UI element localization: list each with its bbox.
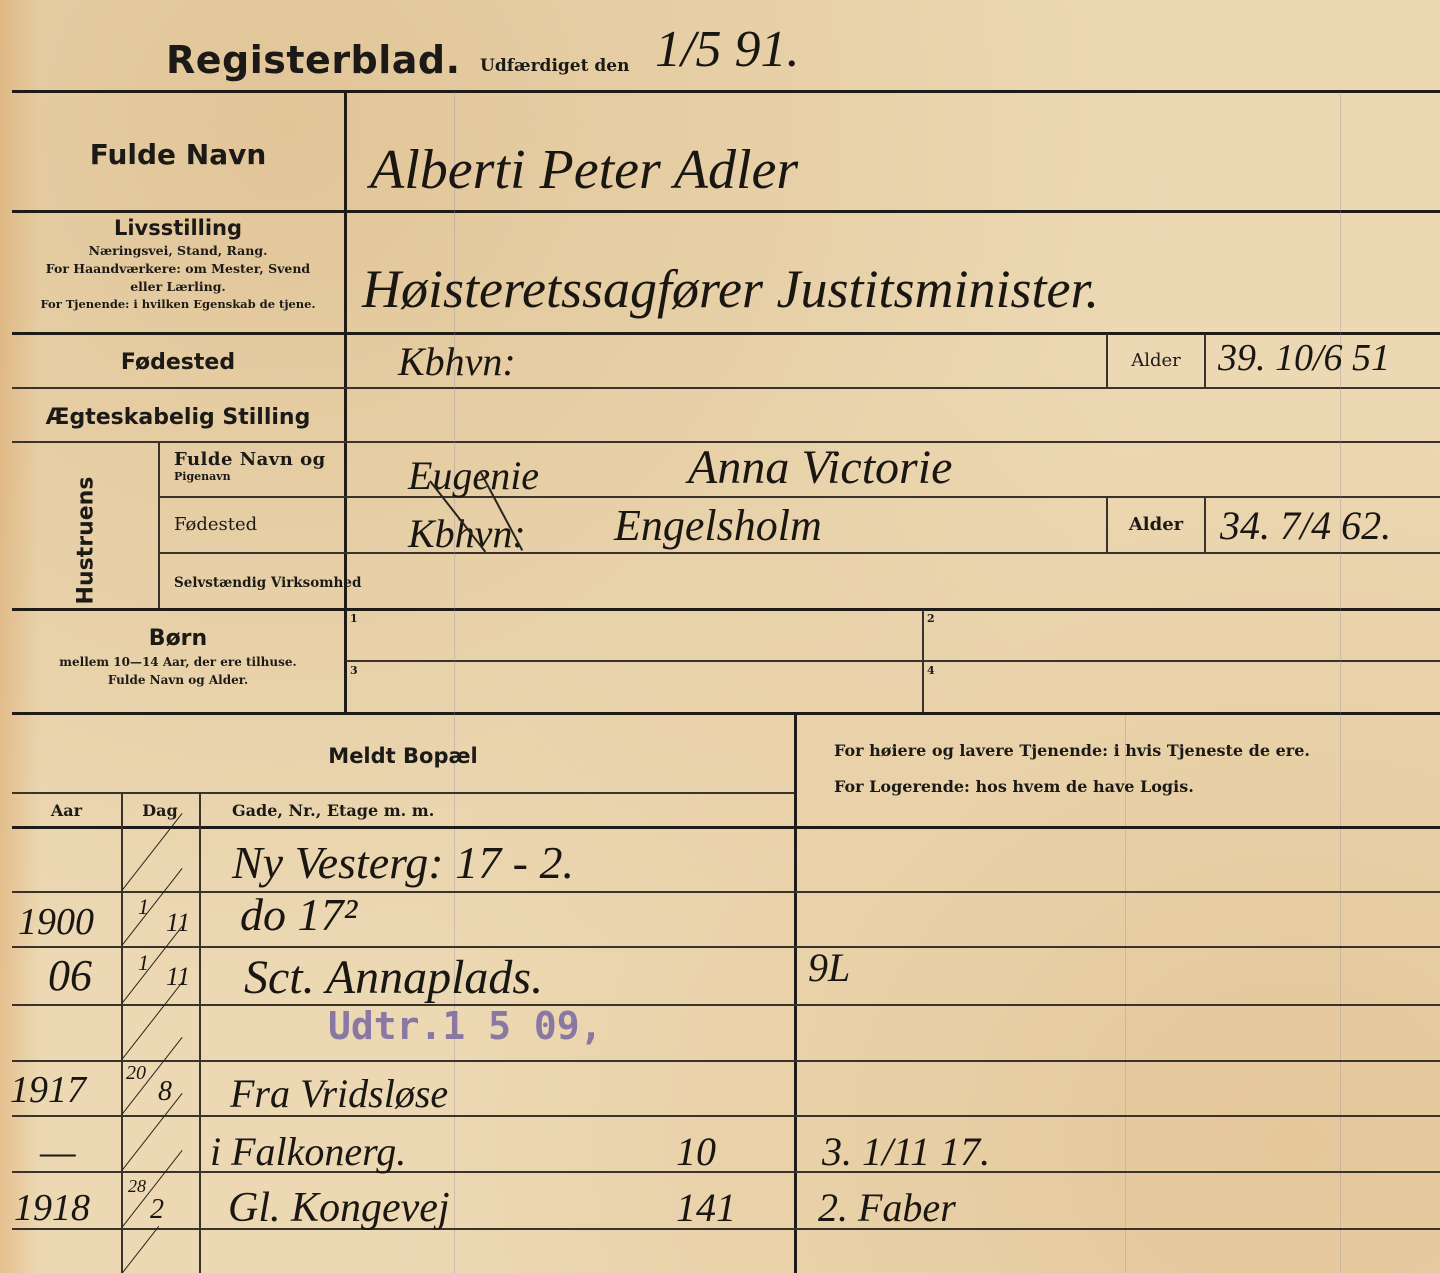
occupation-sublabel: For Tjenende: i hvilken Egenskab de tjen… [12,297,344,311]
row-number[interactable]: 10 [676,1128,716,1175]
row-street[interactable]: Gl. Kongevej [228,1184,450,1232]
rule [346,660,1440,662]
column-header-year: Aar [12,801,121,820]
rule [922,610,924,713]
column-header-street: Gade, Nr., Etage m. m. [232,801,434,820]
child-slot-4[interactable]: 4 [927,664,935,677]
rule [344,92,347,715]
age-label: Alder [1108,350,1204,371]
rule [12,826,1440,829]
occupation-value[interactable]: Høisteretssagfører Justitsminister. [362,258,1099,320]
rule [121,793,123,1273]
page-title: Registerblad. [166,38,461,82]
rule [158,496,1440,498]
rule [794,714,797,1273]
children-label-block: Børn mellem 10—14 Aar, der ere tilhuse. … [12,626,344,687]
wife-birthplace-struck: Kbhvn: [408,510,526,557]
row-year[interactable]: 06 [48,950,92,1001]
birthplace-value[interactable]: Kbhvn: [398,338,516,385]
rule [12,90,1440,93]
row-day-bottom[interactable]: 11 [166,908,190,938]
row-year[interactable]: 1900 [18,900,94,944]
row-year[interactable]: — [40,1128,76,1175]
occupation-sublabel: eller Lærling. [12,279,344,294]
wife-name-struck: Eugenie [408,452,539,499]
row-host[interactable]: 3. 1/11 17. [822,1128,990,1175]
issued-label: Udfærdiget den [480,56,629,76]
row-day-top[interactable]: 20 [126,1062,146,1085]
rule [12,1004,1440,1006]
rule [12,332,1440,335]
rule [158,552,1440,554]
row-street[interactable]: Sct. Annaplads. [244,950,543,1005]
residence-note-servants: For høiere og lavere Tjenende: i hvis Tj… [834,741,1310,760]
rule [12,946,1440,948]
row-day-bottom[interactable]: 8 [158,1076,172,1108]
rule [158,441,160,608]
row-host[interactable]: 2. Faber [818,1184,956,1231]
wife-age-label: Alder [1108,514,1204,535]
child-slot-3[interactable]: 3 [350,664,358,677]
rule [12,387,1440,389]
occupation-sublabel: Næringsvei, Stand, Rang. [12,243,344,258]
occupation-sublabel: For Haandværkere: om Mester, Svend [12,261,344,276]
wife-name-label: Fulde Navn og Pigenavn [174,449,326,483]
age-value[interactable]: 39. 10/6 51 [1218,336,1390,380]
occupation-label-block: Livsstilling Næringsvei, Stand, Rang. Fo… [12,216,344,311]
residence-title: Meldt Bopæl [12,744,794,768]
wife-birthplace-label: Fødested [174,514,257,535]
rule [12,1060,1440,1062]
rule [12,891,1440,893]
rule [1204,334,1206,387]
children-label: Børn [12,626,344,651]
rule [12,608,1440,611]
row-year[interactable]: 1918 [14,1186,90,1230]
row-number[interactable]: 141 [676,1184,736,1231]
occupation-label: Livsstilling [12,216,344,240]
row-number[interactable]: 9L [808,944,850,991]
wife-name-value[interactable]: Anna Victorie [688,440,952,495]
row-street[interactable]: do 17² [240,888,357,941]
marital-status-label: Ægteskabelig Stilling [12,405,344,430]
guide-line [1125,715,1126,1273]
row-day-top[interactable]: 1 [138,950,149,976]
row-street[interactable]: Fra Vridsløse [230,1070,448,1117]
day-divider [121,1226,159,1273]
residence-note-lodgers: For Logerende: hos hvem de have Logis. [834,777,1194,796]
rule [12,792,794,794]
rule [199,793,201,1273]
birthplace-label: Fødested [12,350,344,375]
child-slot-2[interactable]: 2 [927,612,935,625]
row-street[interactable]: i Falkonerg. [210,1128,406,1175]
child-slot-1[interactable]: 1 [350,612,358,625]
row-day-bottom[interactable]: 11 [166,962,190,992]
row-street[interactable]: Ny Vesterg: 17 - 2. [232,836,574,889]
removal-stamp: Udtr.1 5 09, [328,1004,603,1048]
rule [1204,496,1206,552]
wife-birthplace-value[interactable]: Engelsholm [614,500,822,551]
wife-age-value[interactable]: 34. 7/4 62. [1220,502,1391,549]
rule [12,210,1440,213]
rule [12,1115,1440,1117]
column-header-day: Dag [121,801,199,820]
children-sublabel: mellem 10—14 Aar, der ere tilhuse. [12,655,344,669]
wife-occupation-label: Selvstændig Virksomhed [174,575,361,591]
wife-name-label-text: Fulde Navn og [174,449,326,470]
guide-line [1340,92,1341,1273]
full-name-label: Fulde Navn [12,138,344,171]
wife-name-sublabel: Pigenavn [174,470,326,483]
wife-group-label: Hustruens [74,471,99,611]
row-day-bottom[interactable]: 2 [150,1194,164,1226]
issued-date: 1/5 91. [655,20,799,79]
row-year[interactable]: 1917 [10,1068,86,1112]
row-day-top[interactable]: 1 [138,894,149,920]
row-day-top[interactable]: 28 [128,1176,146,1197]
full-name-value[interactable]: Alberti Peter Adler [370,138,798,202]
children-sublabel: Fulde Navn og Alder. [12,673,344,687]
rule [12,712,1440,715]
